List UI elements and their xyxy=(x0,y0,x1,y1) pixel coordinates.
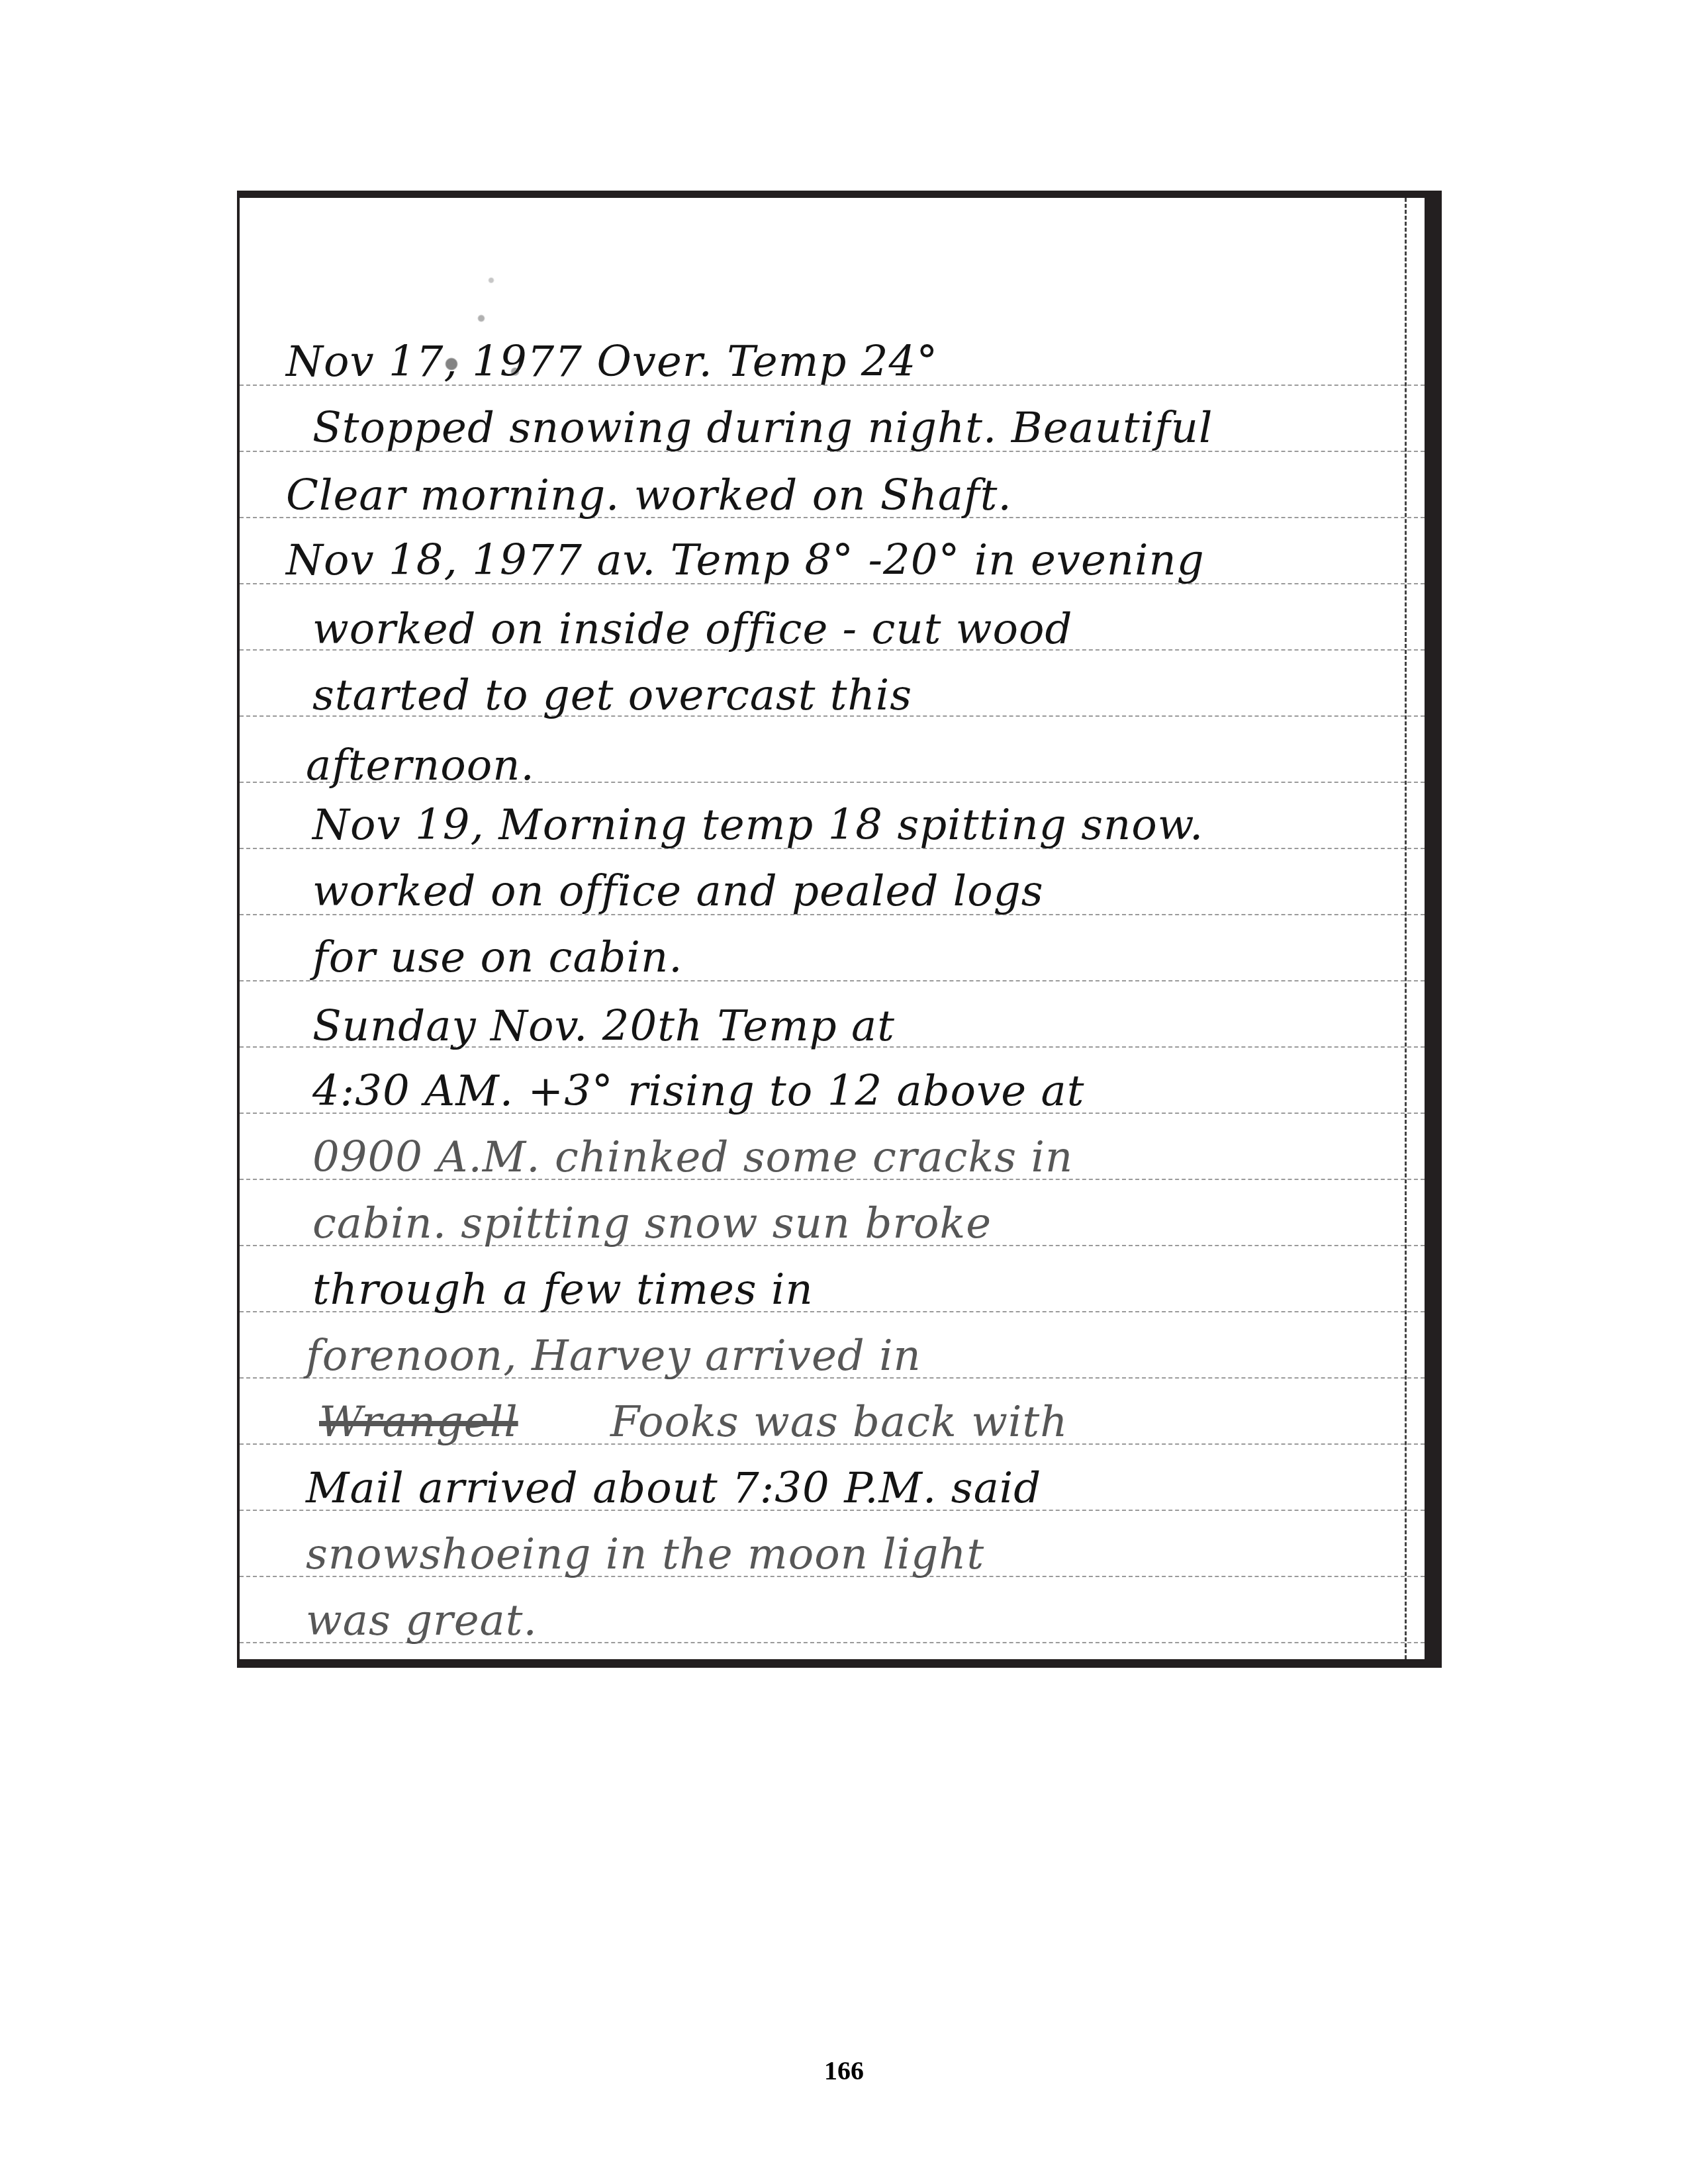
journal-line: Wrangell xyxy=(319,1401,518,1443)
journal-line: Stopped snowing during night. Beautiful xyxy=(312,407,1213,449)
journal-line: 0900 A.M. chinked some cracks in xyxy=(312,1136,1073,1179)
page-number: 166 xyxy=(0,2055,1688,2086)
journal-line: Clear morning. worked on Shaft. xyxy=(286,475,1012,517)
journal-line: Sunday Nov. 20th Temp at xyxy=(312,1005,895,1048)
journal-line: Nov 18, 1977 av. Temp 8° -20° in evening xyxy=(286,539,1205,582)
journal-line: worked on inside office - cut wood xyxy=(312,608,1073,651)
journal-line: Nov 17, 1977 Over. Temp 24° xyxy=(286,341,938,383)
journal-line: snowshoeing in the moon light xyxy=(306,1533,984,1576)
journal-line: Mail arrived about 7:30 P.M. said xyxy=(306,1467,1041,1510)
journal-line: Nov 19, Morning temp 18 spitting snow. xyxy=(312,804,1203,846)
journal-line: cabin. spitting snow sun broke xyxy=(312,1203,992,1245)
struck-word: Wrangell xyxy=(319,1398,518,1447)
journal-line: forenoon, Harvey arrived in xyxy=(306,1335,921,1377)
journal-line: for use on cabin. xyxy=(312,936,683,979)
journal-line: Fooks was back with xyxy=(610,1401,1068,1443)
page-edge xyxy=(1405,198,1425,1659)
journal-line: was great. xyxy=(306,1600,538,1642)
journal-line: afternoon. xyxy=(306,745,535,787)
journal-line: worked on office and pealed logs xyxy=(312,870,1044,913)
journal-line: 4:30 AM. +3° rising to 12 above at xyxy=(312,1070,1084,1113)
journal-line: through a few times in xyxy=(312,1269,814,1311)
journal-page: Nov 17, 1977 Over. Temp 24° Stopped snow… xyxy=(240,198,1425,1659)
journal-line: started to get overcast this xyxy=(312,674,912,717)
